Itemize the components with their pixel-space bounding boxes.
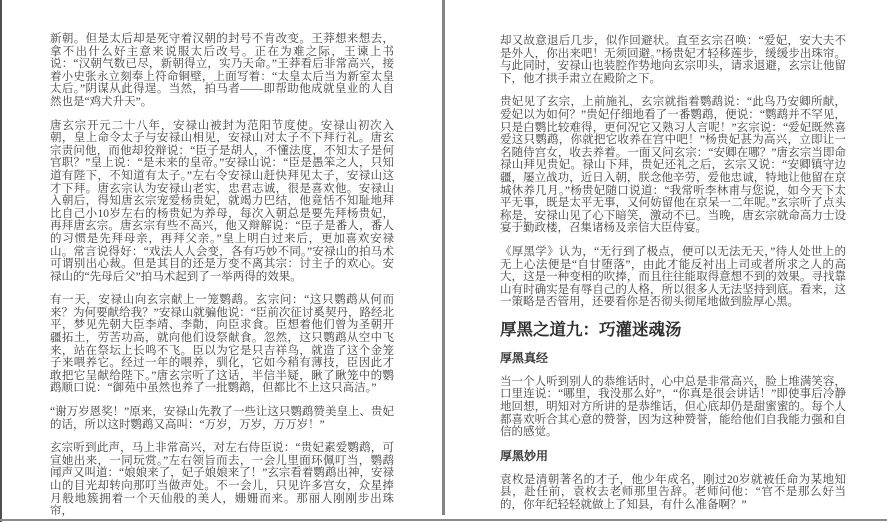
paragraph-parrot-cheer: “谢万岁恩奖！”原来，安禄山先教了一些让这只鹦鹉赞美皇上、贵妃的话，所以这时鹦鹉… [50, 406, 394, 431]
section-heading: 厚黑之道九：巧灌迷魂汤 [500, 320, 846, 340]
paragraph-flattery: 当一个人听到别人的恭维话时，心中总是非常高兴，脸上堆满笑容，口里连说：“哪里，我… [500, 376, 846, 439]
left-edge-border [0, 0, 2, 522]
page-divider [442, 0, 445, 515]
subheading-houhei-miaoyong: 厚黑妙用 [500, 450, 846, 463]
paragraph-guifei-parrot: 贵妃见了玄宗，上前施礼，玄宗就指着鹦鹉说：“此鸟乃安卿所献，爱妃以为如何？”贵妃… [500, 96, 846, 235]
paragraph-parrot-gift: 有一天，安禄山向玄宗献上一笼鹦鹉。玄宗问：“这只鹦鹉从何而来？为何要献给我？”安… [50, 294, 394, 395]
paragraph-yuanmei: 袁枚是清朝著名的才子，他少年成名，刚过20岁就被任命为某地知县，赴任前，袁枚去老… [500, 474, 846, 512]
subheading-houhei-zhenjing: 厚黑真经 [500, 352, 846, 365]
bottom-edge-border [0, 519, 887, 521]
paragraph-retreat: 却又故意退后几步，似作回避状。直至玄宗召唤：“爱妃，安大夫不是外人，你出来吧！无… [500, 35, 846, 85]
paragraph-houhei-comment: 《厚黑学》认为，“无行到了极点，便可以无法无天，”待人处世上的无上心法便是“自甘… [500, 246, 846, 309]
paragraph-anlushan-court: 唐玄宗开元二十八年，安禄山被封为范阳节度使。安禄山初次入朝，皇上命令太子与安禄山… [50, 120, 394, 284]
paragraph-guifei-summon: 玄宗听到此声，马上非常高兴，对左右侍臣说：“贵妃素爱鹦鹉，可宣她出来，一同玩赏。… [50, 442, 394, 518]
left-page: 新朝。但是太后却是死守着汉朝的封号不肯改变。王莽想来想去，拿不出什么好主意来说服… [50, 0, 394, 522]
right-page: 却又故意退后几步，似作回避状。直至玄宗召唤：“爱妃，安大夫不是外人，你出来吧！无… [500, 0, 846, 522]
paragraph-wangmang: 新朝。但是太后却是死守着汉朝的封号不肯改变。王莽想来想去，拿不出什么好主意来说服… [50, 33, 394, 109]
book-spread: 新朝。但是太后却是死守着汉朝的封号不肯改变。王莽想来想去，拿不出什么好主意来说服… [0, 0, 887, 522]
